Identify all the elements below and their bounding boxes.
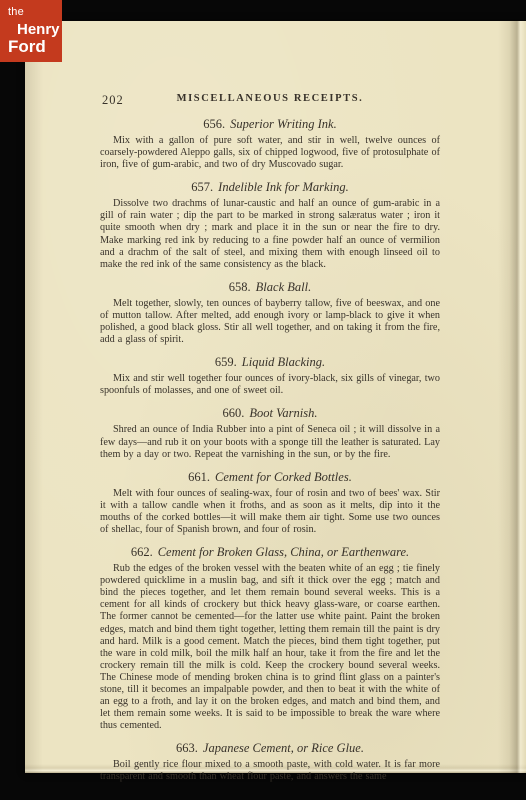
- logo-text-ford: Ford: [8, 37, 46, 57]
- section-number: 662.: [131, 545, 153, 559]
- recipe-section: 658.Black Ball. Melt together, slowly, t…: [100, 280, 440, 346]
- recipe-section: 662.Cement for Broken Glass, China, or E…: [100, 545, 440, 732]
- section-body: Mix and stir well together four ounces o…: [100, 373, 440, 397]
- section-heading: 663.Japanese Cement, or Rice Glue.: [100, 741, 440, 756]
- section-title: Superior Writing Ink.: [230, 117, 337, 131]
- section-heading: 656.Superior Writing Ink.: [100, 117, 440, 132]
- section-number: 659.: [215, 355, 237, 369]
- section-heading: 660.Boot Varnish.: [100, 406, 440, 421]
- recipe-section: 661.Cement for Corked Bottles. Melt with…: [100, 470, 440, 536]
- section-body: Melt with four ounces of sealing-wax, fo…: [100, 488, 440, 536]
- section-title: Japanese Cement, or Rice Glue.: [203, 741, 364, 755]
- henry-ford-logo: the Henry Ford: [0, 0, 62, 62]
- section-heading: 657.Indelible Ink for Marking.: [100, 180, 440, 195]
- viewer-background: { "logo": { "line1": "the", "line2": "He…: [0, 0, 526, 800]
- section-heading: 659.Liquid Blacking.: [100, 355, 440, 370]
- running-header: MISCELLANEOUS RECEIPTS.: [100, 93, 440, 104]
- recipe-section: 660.Boot Varnish. Shred an ounce of Indi…: [100, 406, 440, 460]
- section-title: Cement for Broken Glass, China, or Earth…: [158, 545, 410, 559]
- page-gutter-shadow: [25, 21, 43, 773]
- section-number: 657.: [191, 180, 213, 194]
- page-header: 202 MISCELLANEOUS RECEIPTS.: [100, 93, 440, 108]
- page-content: 202 MISCELLANEOUS RECEIPTS. 656.Superior…: [100, 21, 440, 784]
- section-title: Indelible Ink for Marking.: [218, 180, 349, 194]
- recipe-section: 656.Superior Writing Ink. Mix with a gal…: [100, 117, 440, 171]
- section-body: Mix with a gallon of pure soft water, an…: [100, 135, 440, 171]
- section-title: Black Ball.: [256, 280, 312, 294]
- section-body: Shred an ounce of India Rubber into a pi…: [100, 424, 440, 460]
- recipe-section: 663.Japanese Cement, or Rice Glue. Boil …: [100, 741, 440, 783]
- recipe-section: 659.Liquid Blacking. Mix and stir well t…: [100, 355, 440, 397]
- recipe-section: 657.Indelible Ink for Marking. Dissolve …: [100, 180, 440, 271]
- logo-text-the: the: [8, 6, 24, 18]
- section-number: 663.: [176, 741, 198, 755]
- section-title: Liquid Blacking.: [242, 355, 325, 369]
- logo-text-henry: Henry: [17, 21, 60, 38]
- section-number: 661.: [188, 470, 210, 484]
- section-heading: 661.Cement for Corked Bottles.: [100, 470, 440, 485]
- section-heading: 662.Cement for Broken Glass, China, or E…: [100, 545, 440, 560]
- book-page: 202 MISCELLANEOUS RECEIPTS. 656.Superior…: [25, 21, 526, 773]
- section-number: 656.: [203, 117, 225, 131]
- section-title: Cement for Corked Bottles.: [215, 470, 352, 484]
- section-number: 658.: [229, 280, 251, 294]
- section-body: Dissolve two drachms of lunar-caustic an…: [100, 198, 440, 271]
- section-heading: 658.Black Ball.: [100, 280, 440, 295]
- section-number: 660.: [223, 406, 245, 420]
- page-number: 202: [102, 93, 124, 108]
- section-body: Rub the edges of the broken vessel with …: [100, 563, 440, 732]
- section-body: Boil gently rice flour mixed to a smooth…: [100, 759, 440, 783]
- section-title: Boot Varnish.: [249, 406, 317, 420]
- section-body: Melt together, slowly, ten ounces of bay…: [100, 298, 440, 346]
